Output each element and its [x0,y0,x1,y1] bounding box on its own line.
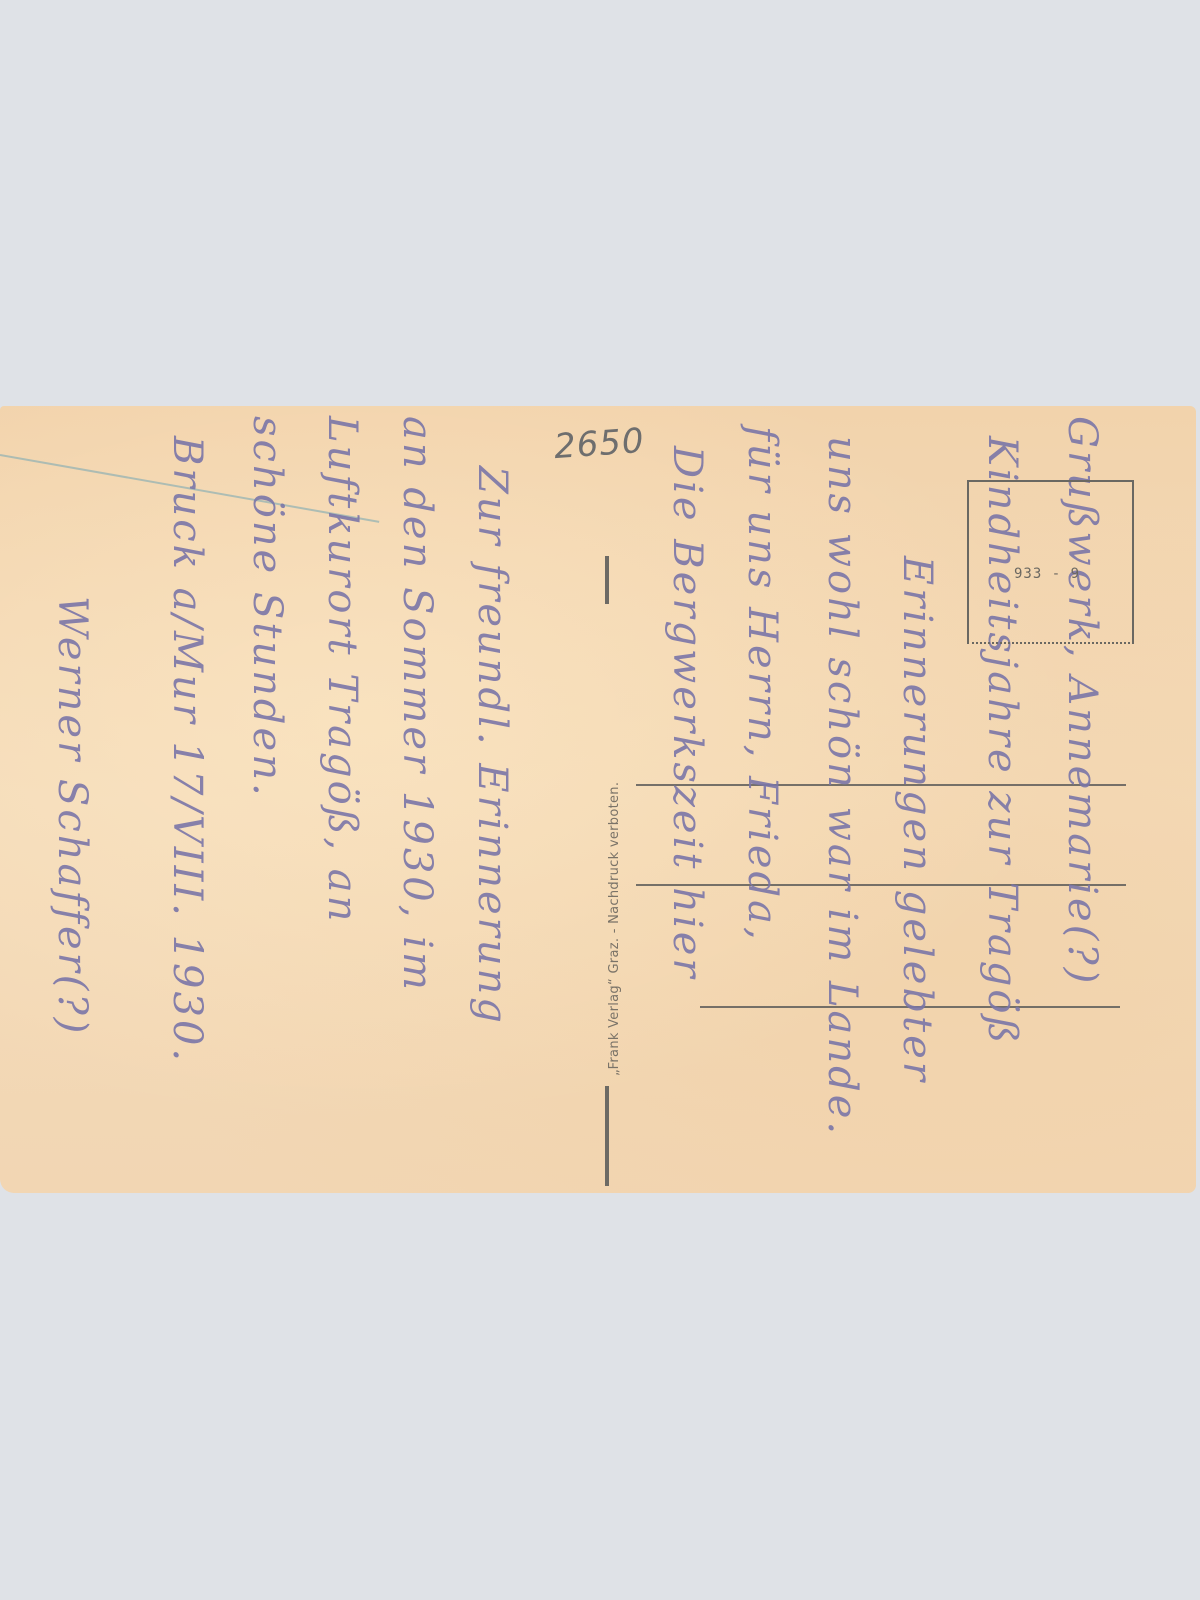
postcard-back: 2650 Zur freundl. Erinnerung an den Somm… [0,406,1196,1193]
publisher-text: „Frank Verlag“ Graz. - Nachdruck verbote… [607,782,622,1076]
stamp-box-code: 933 - 9 [1014,566,1080,582]
divider-rule-bottom [605,1086,609,1186]
address-text-line-2: für uns Herrn, Frieda, [739,426,785,943]
stamp-placement-box: 933 - 9 [967,480,1134,644]
message-line-5: Bruck a/Mur 17/VIII. 1930. [164,436,210,1064]
address-text-line-1: Die Bergwerkszeit hier [664,446,710,981]
message-signature: Werner Schaffer(?) [49,596,95,1036]
message-line-1: Zur freundl. Erinnerung [469,466,515,1026]
message-line-2: an den Sommer 1930, im [394,416,440,993]
divider-rule-top [605,556,609,604]
address-text-line-4: Erinnerungen gelebter [894,556,940,1084]
address-text-line-3: uns wohl schön war im Lande. [819,436,865,1137]
message-line-4: schöne Stunden. [244,416,290,799]
message-line-3: Luftkurort Tragöß, an [319,416,365,924]
pencil-catalog-number: 2650 [553,421,646,467]
